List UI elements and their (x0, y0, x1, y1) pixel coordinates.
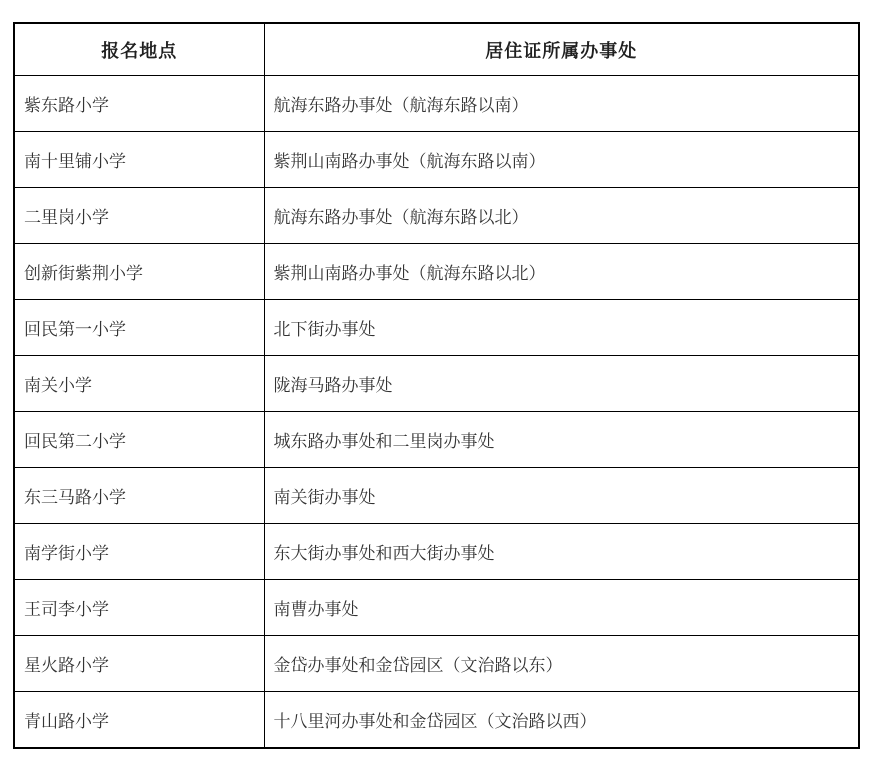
school-cell: 创新街紫荆小学 (14, 244, 264, 300)
office-cell: 金岱办事处和金岱园区（文治路以东） (264, 636, 859, 692)
table-body: 紫东路小学航海东路办事处（航海东路以南）南十里铺小学紫荆山南路办事处（航海东路以… (14, 76, 859, 749)
school-cell: 二里岗小学 (14, 188, 264, 244)
office-cell: 陇海马路办事处 (264, 356, 859, 412)
table-row: 东三马路小学南关街办事处 (14, 468, 859, 524)
table-header-row-group: 报名地点 居住证所属办事处 (14, 23, 859, 76)
document-page: 报名地点 居住证所属办事处 紫东路小学航海东路办事处（航海东路以南）南十里铺小学… (0, 0, 872, 758)
school-cell: 回民第二小学 (14, 412, 264, 468)
office-cell: 航海东路办事处（航海东路以南） (264, 76, 859, 132)
table-row: 青山路小学十八里河办事处和金岱园区（文治路以西） (14, 692, 859, 749)
school-cell: 青山路小学 (14, 692, 264, 749)
office-cell: 十八里河办事处和金岱园区（文治路以西） (264, 692, 859, 749)
school-cell: 紫东路小学 (14, 76, 264, 132)
registration-offices-table: 报名地点 居住证所属办事处 紫东路小学航海东路办事处（航海东路以南）南十里铺小学… (13, 22, 860, 749)
school-cell: 南十里铺小学 (14, 132, 264, 188)
office-cell: 东大街办事处和西大街办事处 (264, 524, 859, 580)
office-cell: 南曹办事处 (264, 580, 859, 636)
school-cell: 王司李小学 (14, 580, 264, 636)
table-row: 星火路小学金岱办事处和金岱园区（文治路以东） (14, 636, 859, 692)
school-cell: 南关小学 (14, 356, 264, 412)
school-cell: 回民第一小学 (14, 300, 264, 356)
table-header-row: 报名地点 居住证所属办事处 (14, 23, 859, 76)
office-cell: 航海东路办事处（航海东路以北） (264, 188, 859, 244)
office-cell: 南关街办事处 (264, 468, 859, 524)
school-cell: 星火路小学 (14, 636, 264, 692)
header-registration-location: 报名地点 (14, 23, 264, 76)
table-row: 南关小学陇海马路办事处 (14, 356, 859, 412)
table-row: 回民第一小学北下街办事处 (14, 300, 859, 356)
table-row: 南学街小学东大街办事处和西大街办事处 (14, 524, 859, 580)
table-row: 紫东路小学航海东路办事处（航海东路以南） (14, 76, 859, 132)
office-cell: 紫荆山南路办事处（航海东路以南） (264, 132, 859, 188)
office-cell: 城东路办事处和二里岗办事处 (264, 412, 859, 468)
school-cell: 南学街小学 (14, 524, 264, 580)
table-row: 创新街紫荆小学紫荆山南路办事处（航海东路以北） (14, 244, 859, 300)
table-row: 王司李小学南曹办事处 (14, 580, 859, 636)
table-row: 二里岗小学航海东路办事处（航海东路以北） (14, 188, 859, 244)
table-row: 南十里铺小学紫荆山南路办事处（航海东路以南） (14, 132, 859, 188)
table-row: 回民第二小学城东路办事处和二里岗办事处 (14, 412, 859, 468)
office-cell: 北下街办事处 (264, 300, 859, 356)
school-cell: 东三马路小学 (14, 468, 264, 524)
header-residence-permit-office: 居住证所属办事处 (264, 23, 859, 76)
office-cell: 紫荆山南路办事处（航海东路以北） (264, 244, 859, 300)
